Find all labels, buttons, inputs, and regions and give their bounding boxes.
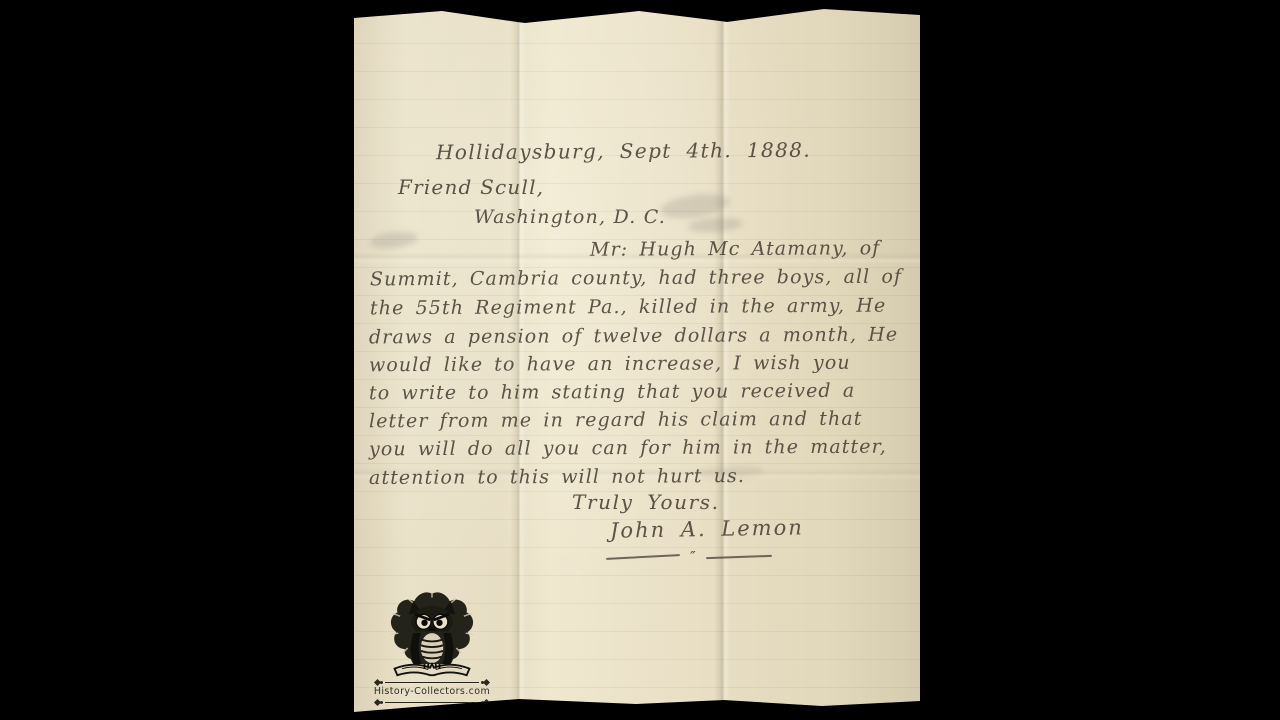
- letter-paper: Hollidaysburg, Sept 4th. 1888. Friend Sc…: [354, 6, 920, 712]
- diamond-ornament-icon: [483, 699, 490, 706]
- diamond-ornament-icon: [374, 699, 381, 706]
- watermark: History-Collectors.com: [372, 590, 492, 705]
- body-line: Mr: Hugh Mc Atamany, of: [590, 237, 880, 261]
- flourish-stroke: [606, 554, 680, 560]
- body-line: the 55th Regiment Pa., killed in the arm…: [370, 295, 886, 320]
- body-line: attention to this will not hurt us.: [369, 465, 745, 489]
- body-line: Summit, Cambria county, had three boys, …: [370, 266, 902, 291]
- rule-line: [385, 682, 479, 684]
- body-line: would like to have an increase, I wish y…: [369, 352, 851, 377]
- letter-salutation: Friend Scull,: [398, 175, 544, 199]
- letter-signature: John A. Lemon: [610, 515, 804, 542]
- letter-address-line: Washington, D. C.: [474, 206, 666, 228]
- body-line: you will do all you can for him in the m…: [369, 436, 887, 461]
- ornament-rule-bottom: [375, 700, 489, 705]
- letter-closing: Truly Yours.: [572, 490, 720, 514]
- flourish-stroke: [706, 555, 772, 559]
- body-line: to write to him stating that you receive…: [369, 380, 855, 405]
- ditto-mark: ″: [690, 548, 696, 566]
- letter-dateline: Hollidaysburg, Sept 4th. 1888.: [436, 138, 811, 165]
- body-line: letter from me in regard his claim and t…: [369, 408, 863, 433]
- owl-logo-icon: [385, 590, 479, 678]
- signature-flourish: ″: [606, 548, 772, 566]
- photo-background: Hollidaysburg, Sept 4th. 1888. Friend Sc…: [0, 0, 1280, 720]
- watermark-site-name: History-Collectors.com: [372, 685, 492, 698]
- body-line: draws a pension of twelve dollars a mont…: [369, 324, 898, 349]
- rule-line: [385, 702, 479, 704]
